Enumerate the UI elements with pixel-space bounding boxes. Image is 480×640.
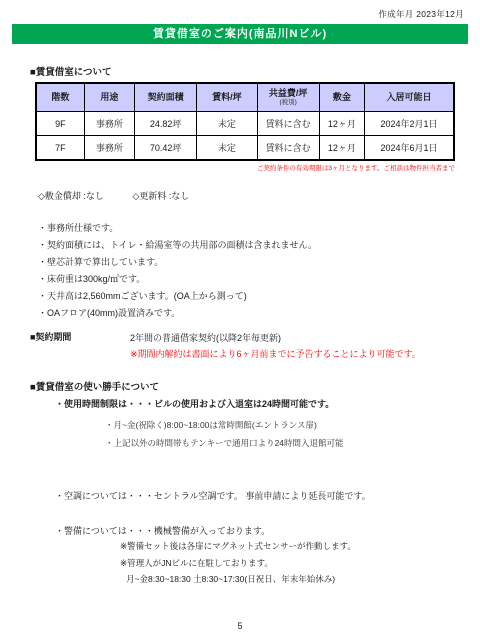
contract-period-heading: ■契約期間 (30, 330, 130, 362)
room-table: 階数 用途 契約面積 賃料/坪 共益費/坪 (税別) 敷金 入居可能日 9F 事… (35, 82, 455, 161)
usage-hours-line: ・使用時間制限は・・・ビルの使用および入退室は24時間可能です。 (55, 397, 334, 410)
cell-area: 24.82坪 (134, 112, 196, 136)
note-floor-load: ・床荷重は300kg/㎡です。 (38, 271, 317, 288)
table-row-9f: 9F 事務所 24.82坪 未定 賃料に含む 12ヶ月 2024年2月1日 (36, 112, 454, 136)
col-header-rent: 賃料/坪 (197, 83, 257, 112)
cell-floor: 7F (36, 136, 84, 161)
cell-rent: 未定 (197, 112, 257, 136)
cell-deposit: 12ヶ月 (319, 136, 364, 161)
document-page: 作成年月 2023年12月 賃貸借室のご案内(南品川Nビル) ■賃貸借室について… (0, 0, 480, 640)
col-header-movein: 入居可能日 (365, 83, 454, 112)
cell-floor: 9F (36, 112, 84, 136)
created-date-label: 作成年月 2023年12月 (378, 8, 464, 20)
table-row-7f: 7F 事務所 70.42坪 未定 賃料に含む 12ヶ月 2024年6月1日 (36, 136, 454, 161)
col-header-floor: 階数 (36, 83, 84, 112)
usage-hours-weekday-note: ・月~金(祝除く)8:00~18:00は常時開館(エントランス扉) (105, 419, 317, 431)
contract-validity-note: ご契約条件の有効期限は3ヶ月となります。ご相談は物件担当者まで (257, 163, 455, 172)
document-title-bar: 賃貸借室のご案内(南品川Nビル) (12, 24, 468, 44)
contract-period-body: 2年間の普通借家契約(以降2年毎更新) ※期間内解約は書面により6ヶ月前までに予… (130, 330, 421, 362)
deposit-writeoff-label: ◇敷金償却 :なし (38, 191, 104, 201)
aircon-line: ・空調については・・・セントラル空調です。 事前申請により延長可能です。 (55, 489, 371, 502)
security-manager-hours: 月~金8:30~18:30 土8:30~17:30(日祝日、年末年始休み) (126, 573, 335, 585)
cell-use: 事務所 (84, 136, 134, 161)
note-oa-floor: ・OAフロア(40mm)設置済みです。 (38, 305, 317, 322)
note-wall-center-calc: ・壁芯計算で算出しています。 (38, 254, 317, 271)
cell-movein: 2024年2月1日 (365, 112, 454, 136)
room-spec-notes: ・事務所仕様です。 ・契約面積には、トイレ・給湯室等の共用部の面積は含まれません… (38, 220, 317, 322)
section-heading-usability: ■賃貸借室の使い勝手について (30, 379, 159, 393)
note-ceiling-height: ・天井高は2,560mmございます。(OA上から測って) (38, 288, 317, 305)
col-header-fee-main: 共益費/坪 (269, 88, 308, 98)
cell-use: 事務所 (84, 112, 134, 136)
col-header-deposit: 敷金 (319, 83, 364, 112)
security-line: ・警備については・・・機械警備が入っております。 (55, 524, 270, 537)
renewal-fee-label: ◇更新料 :なし (132, 191, 189, 201)
cell-fee: 賃料に含む (257, 136, 319, 161)
note-office-spec: ・事務所仕様です。 (38, 220, 317, 237)
cell-deposit: 12ヶ月 (319, 112, 364, 136)
note-area-exclusion: ・契約面積には、トイレ・給湯室等の共用部の面積は含まれません。 (38, 237, 317, 254)
cell-movein: 2024年6月1日 (365, 136, 454, 161)
col-header-area: 契約面積 (134, 83, 196, 112)
cell-rent: 未定 (197, 136, 257, 161)
col-header-use: 用途 (84, 83, 134, 112)
usage-hours-afterhours-note: ・上記以外の時間帯もテンキーで通用口より24時間入退館可能 (105, 437, 344, 449)
cell-fee: 賃料に含む (257, 112, 319, 136)
document-title: 賃貸借室のご案内(南品川Nビル) (153, 28, 327, 40)
section-heading-about: ■賃貸借室について (30, 64, 112, 78)
col-header-fee: 共益費/坪 (税別) (257, 83, 319, 112)
contract-term-line: 2年間の普通借家契約(以降2年毎更新) (130, 330, 421, 346)
table-header-row: 階数 用途 契約面積 賃料/坪 共益費/坪 (税別) 敷金 入居可能日 (36, 83, 454, 112)
early-termination-note: ※期間内解約は書面により6ヶ月前までに予告することにより可能です。 (130, 346, 421, 362)
page-number: 5 (0, 621, 480, 631)
security-manager-note: ※管理人がJNビルに在駐しております。 (120, 557, 273, 569)
cell-area: 70.42坪 (134, 136, 196, 161)
col-header-fee-sub: (税別) (260, 99, 317, 106)
deposit-renewal-line: ◇敷金償却 :なし ◇更新料 :なし (38, 189, 189, 202)
contract-period-section: ■契約期間 2年間の普通借家契約(以降2年毎更新) ※期間内解約は書面により6ヶ… (30, 330, 421, 362)
security-sensor-note: ※警備セット後は各扉にマグネット式センサーが作動します。 (120, 540, 356, 552)
